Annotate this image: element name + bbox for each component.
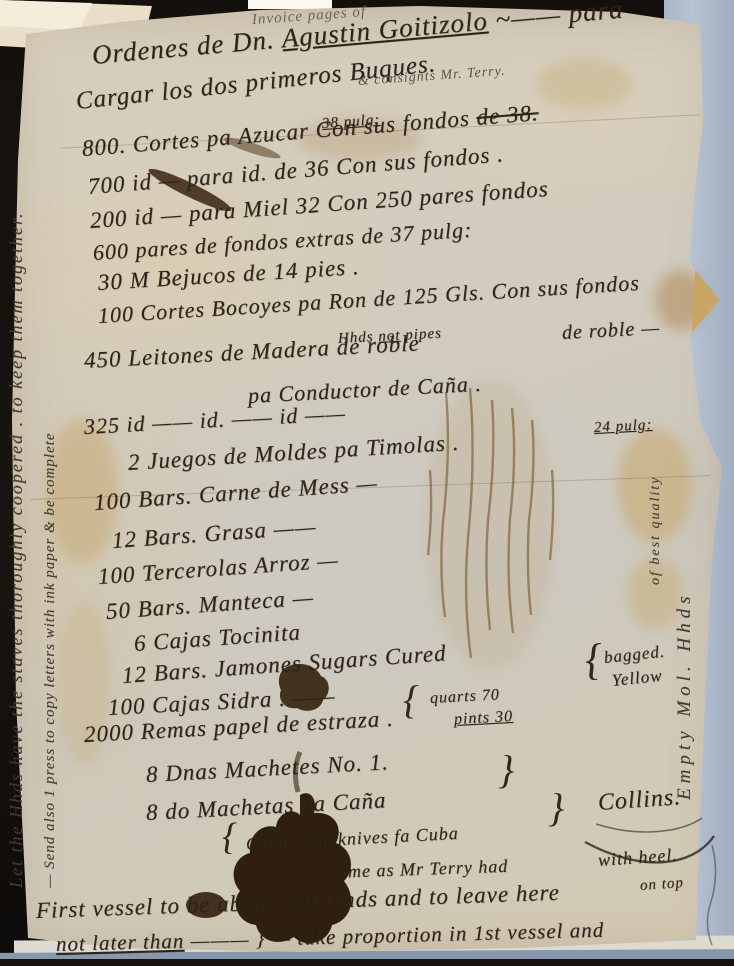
brace-bagged: { [583,637,604,682]
note-on-top: on top [639,875,684,895]
right-margin-note-quality: of best quality [648,476,664,585]
brace-machetes-1: } [498,750,514,790]
left-margin-note-2: — Send also 1 press to copy letters with… [42,433,59,888]
stain [536,58,632,110]
paper-stack-edge-dark [0,959,734,966]
footer-2-underlined: not later than [56,929,185,956]
brace-machetes-2: } [548,788,564,828]
brace-cuba: { [222,818,237,856]
right-margin-note-empty-hhds: Empty Mol. Hhds [674,591,696,800]
item-800-struck: de 38. [475,100,539,130]
note-pints: pints 30 [454,708,514,729]
note-quarts: quarts 70 [430,686,501,708]
manuscript-photo: Invoice pages of Ordenes de Dn. Agustin … [0,0,734,966]
brace-quarts-pints: { [403,680,419,720]
left-margin-note-1: Let the Hhds have the staves thoroughly … [6,211,27,888]
stain [425,380,555,670]
stain [655,270,705,330]
note-24-pulg: 24 pulg: [594,417,653,437]
